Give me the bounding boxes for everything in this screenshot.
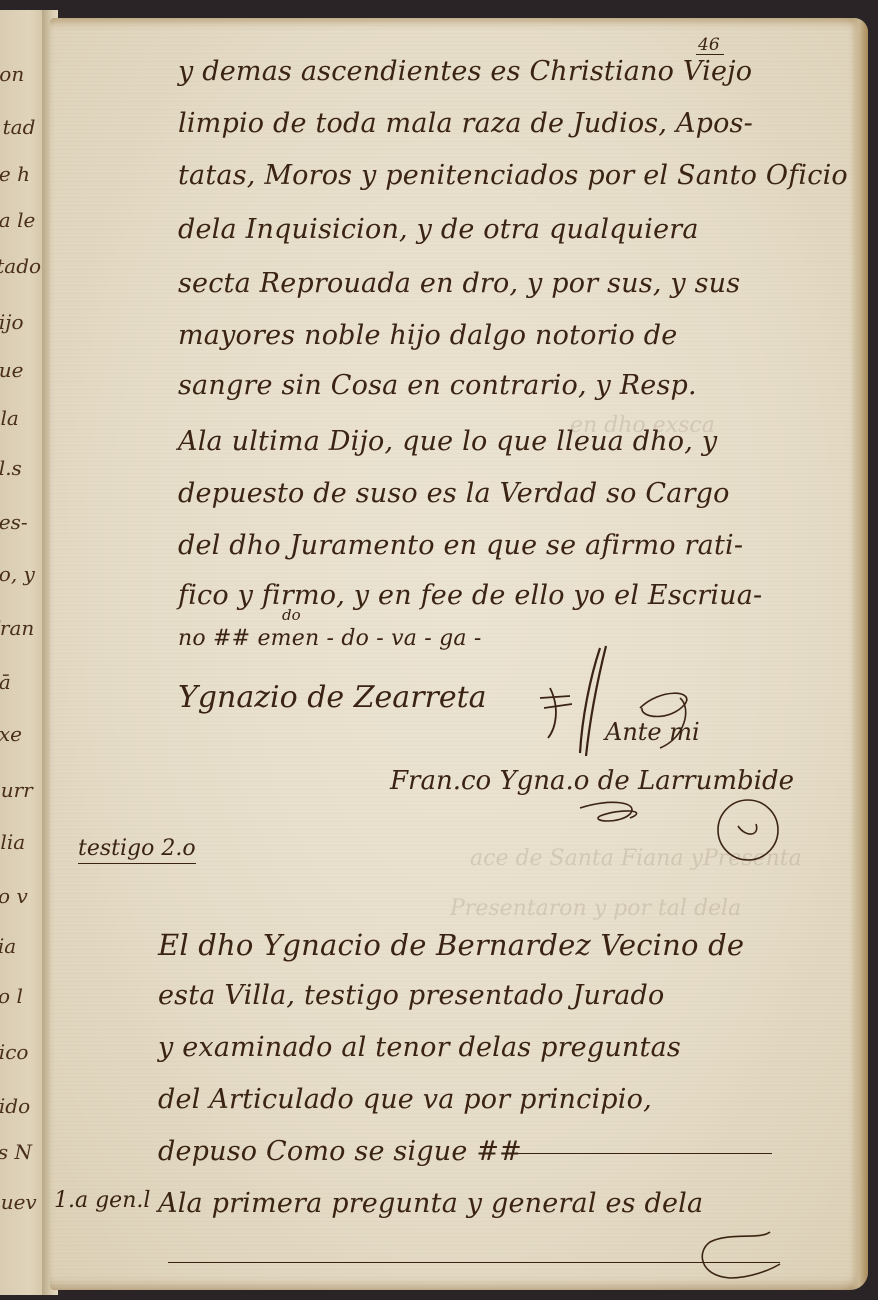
manuscript-line: Ala ultima Dijo, que lo que lleua dho, y xyxy=(178,426,717,457)
facing-page-fragment: eia xyxy=(0,934,16,958)
manuscript-line: del dho Juramento en que se afirmo rati- xyxy=(178,530,743,561)
bottom-rule xyxy=(168,1262,780,1263)
facing-page-fragment: oo l xyxy=(0,984,23,1008)
bleed-through-text: Presentaron y por tal dela xyxy=(450,896,741,921)
signature-witness: Ygnazio de Zearreta xyxy=(178,680,487,715)
manuscript-line: sangre sin Cosa en contrario, y Resp. xyxy=(178,370,697,401)
facing-page-fragment: hijo xyxy=(0,310,24,334)
facing-page-fragment: stado xyxy=(0,254,41,278)
page-edge xyxy=(850,18,868,1290)
facing-page-fragment: Ala xyxy=(0,406,19,430)
manuscript-line: fico y firmo, y en fee de ello yo el Esc… xyxy=(178,580,762,611)
facing-page-fragment: s tad xyxy=(0,115,35,139)
interlinear-correction: do xyxy=(282,606,301,624)
manuscript-line: El dho Ygnacio de Bernardez Vecino de xyxy=(158,928,744,962)
manuscript-page: en dho exsca ace de Santa Fiana yPresent… xyxy=(50,18,868,1290)
signature-flourish-icon xyxy=(520,638,720,768)
facing-page-fragment: dl.s xyxy=(0,456,22,480)
facing-page-fragment: pico xyxy=(0,1040,28,1064)
folio-number: 46 xyxy=(696,36,724,55)
facing-page-fragment: Buev xyxy=(0,1190,37,1214)
manuscript-line: depuso Como se sigue ## xyxy=(158,1136,522,1167)
manuscript-line: y examinado al tenor delas preguntas xyxy=(158,1032,681,1063)
clerk-rubric-icon xyxy=(570,788,790,868)
manuscript-line: no ## emen - do - va - ga - xyxy=(178,626,482,651)
manuscript-line: mayores noble hijo dalgo notorio de xyxy=(178,320,677,351)
facing-page-fragment: Fran xyxy=(0,616,34,640)
facing-page-fragment: uido xyxy=(0,1094,30,1118)
manuscript-line: limpio de toda mala raza de Judios, Apos… xyxy=(178,108,753,139)
manuscript-line: dela Inquisicion, y de otra qualquiera xyxy=(178,214,699,245)
closing-flourish-icon xyxy=(690,1226,790,1286)
facing-page-fragment: due xyxy=(0,358,24,382)
manuscript-line: Ala primera pregunta y general es dela xyxy=(158,1188,703,1219)
manuscript-scan: Lon s tad ue h da le stado hijo due Ala … xyxy=(0,0,878,1300)
margin-note: 1.a gen.l xyxy=(54,1188,150,1213)
manuscript-line: esta Villa, testigo presentado Jurado xyxy=(158,980,664,1011)
manuscript-line: secta Reprouada en dro, y por sus, y sus xyxy=(178,268,740,299)
facing-page-fragment: Burr xyxy=(0,778,33,802)
section-heading: testigo 2.o xyxy=(78,836,196,864)
facing-page-fragment: tilia xyxy=(0,830,25,854)
facing-page-fragment: da le xyxy=(0,208,35,232)
facing-page-fragment: as N xyxy=(0,1140,32,1164)
facing-page-fragment: Lon xyxy=(0,62,24,86)
facing-page-fragment: oo v xyxy=(0,884,28,908)
facing-page-fragment: nā xyxy=(0,670,11,694)
manuscript-line: depuesto de suso es la Verdad so Cargo xyxy=(178,478,730,509)
manuscript-line: del Articulado que va por principio, xyxy=(158,1084,652,1115)
manuscript-line: y demas ascendientes es Christiano Viejo xyxy=(178,56,752,87)
manuscript-line: tatas, Moros y penitenciados por el Sant… xyxy=(178,160,848,191)
signature-ante-mi: Ante mi xyxy=(605,718,700,746)
facing-page-fragment: ue h xyxy=(0,162,30,186)
facing-page-fragment: do, y xyxy=(0,562,35,586)
facing-page-fragment: nxe xyxy=(0,722,22,746)
facing-page-fragment: des- xyxy=(0,510,28,534)
line-fill-rule xyxy=(510,1153,772,1154)
